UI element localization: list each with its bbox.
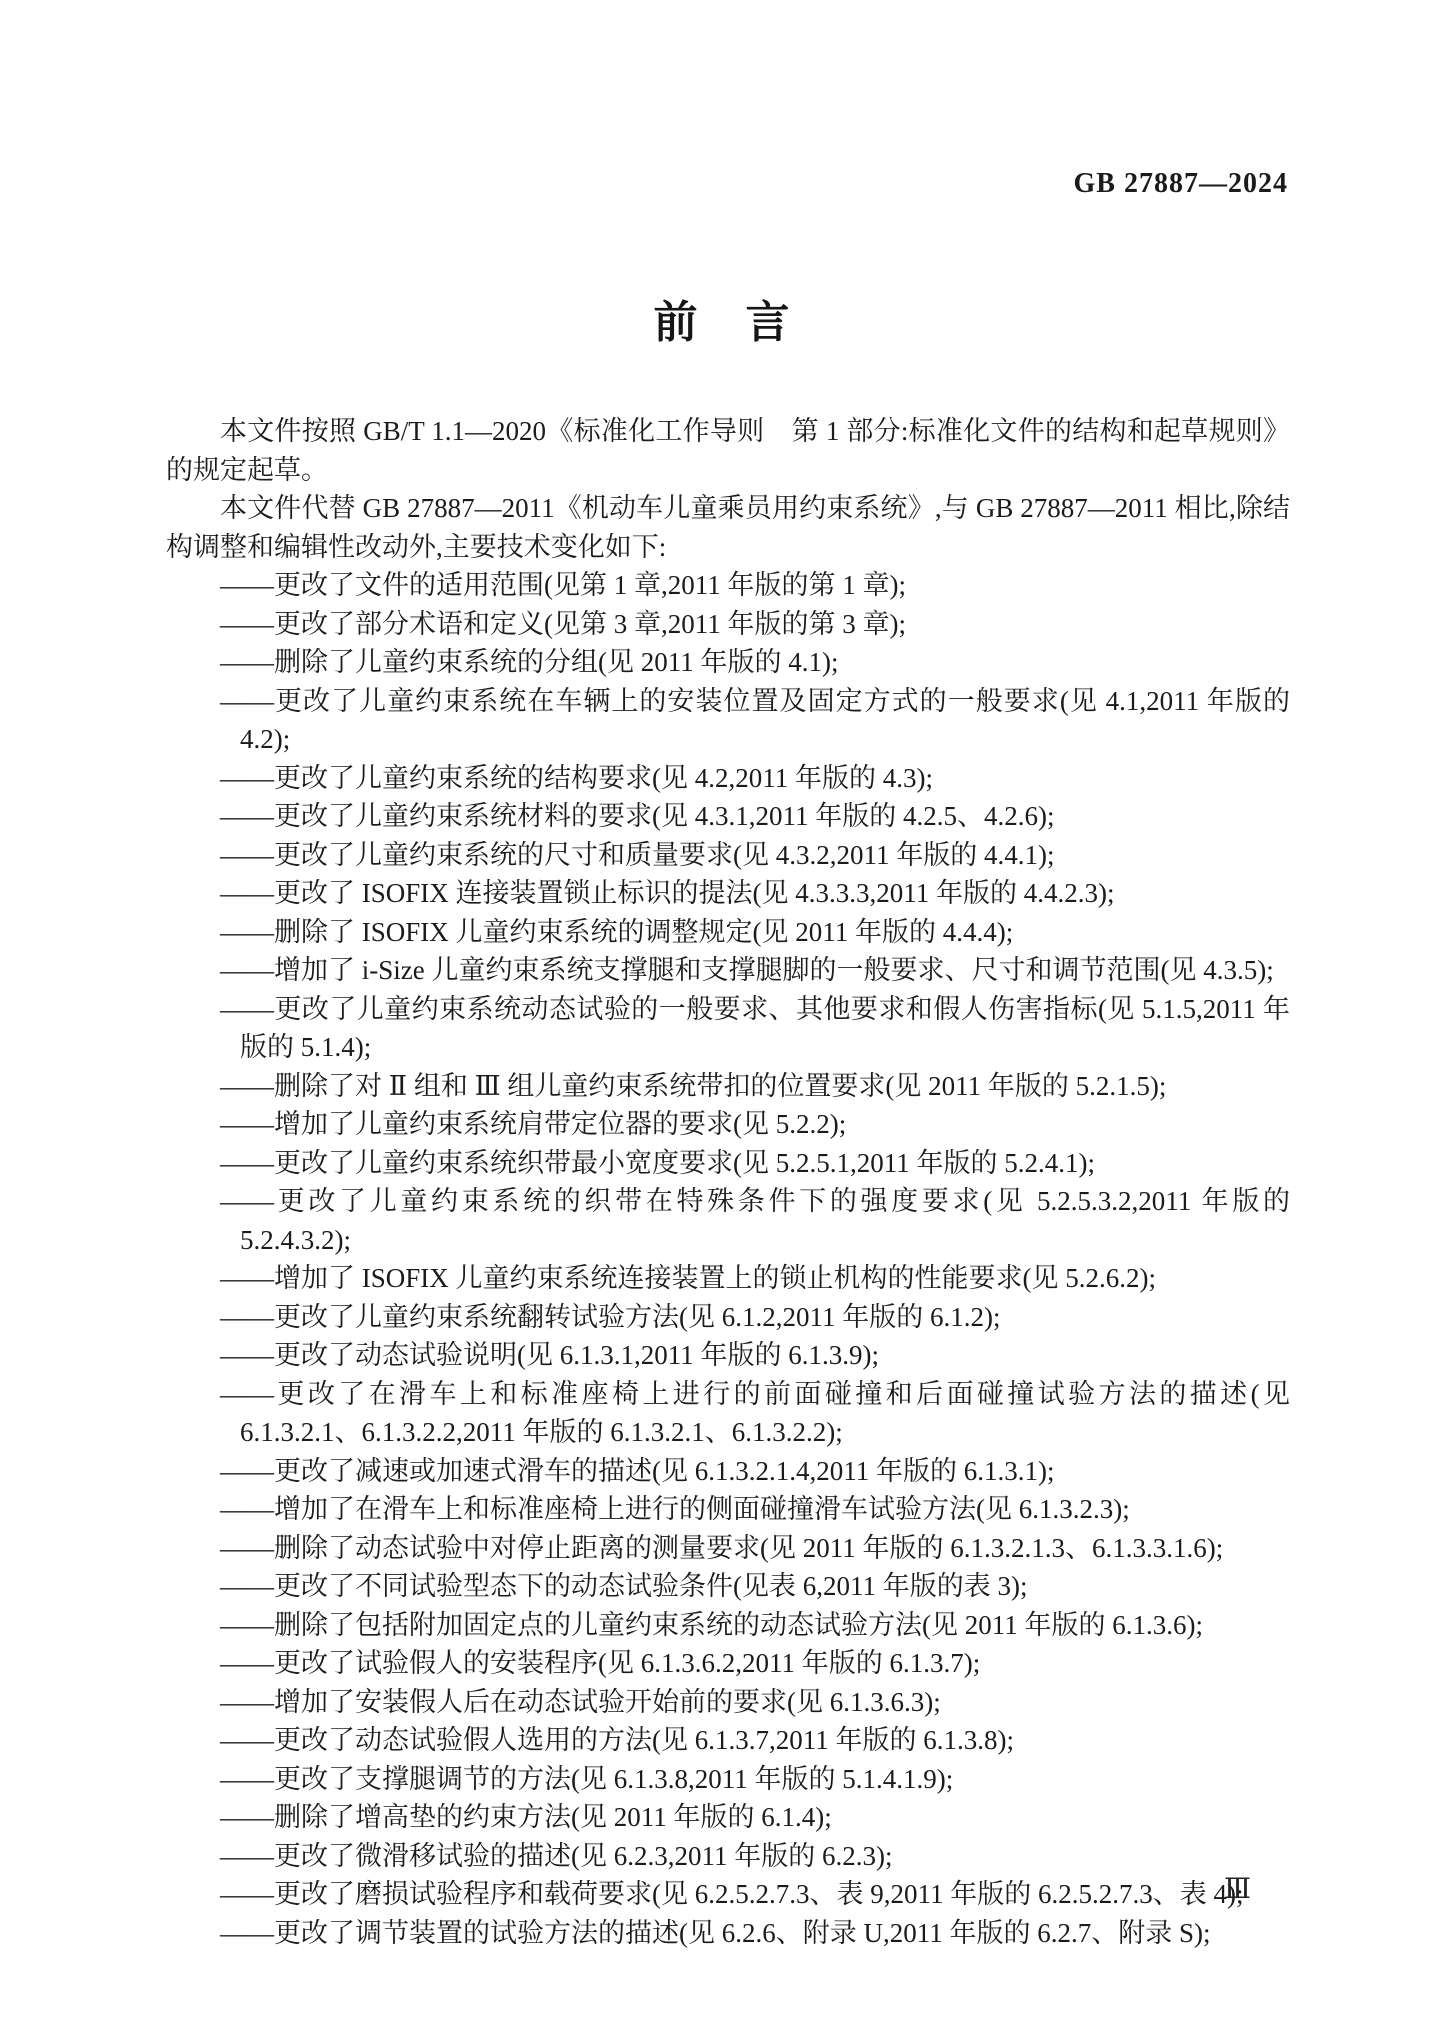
page-number: Ⅲ (1224, 1872, 1251, 1906)
change-item: ——更改了动态试验说明(见 6.1.3.1,2011 年版的 6.1.3.9); (166, 1336, 1290, 1375)
change-item: ——更改了文件的适用范围(见第 1 章,2011 年版的第 1 章); (166, 566, 1290, 605)
change-item: ——更改了儿童约束系统动态试验的一般要求、其他要求和假人伤害指标(见 5.1.5… (166, 990, 1290, 1067)
change-item: ——增加了安装假人后在动态试验开始前的要求(见 6.1.3.6.3); (166, 1683, 1290, 1722)
change-item: ——更改了支撑腿调节的方法(见 6.1.3.8,2011 年版的 5.1.4.1… (166, 1760, 1290, 1799)
change-item: ——删除了儿童约束系统的分组(见 2011 年版的 4.1); (166, 643, 1290, 682)
change-item: ——更改了微滑移试验的描述(见 6.2.3,2011 年版的 6.2.3); (166, 1837, 1290, 1876)
change-item: ——更改了试验假人的安装程序(见 6.1.3.6.2,2011 年版的 6.1.… (166, 1644, 1290, 1683)
change-item: ——更改了部分术语和定义(见第 3 章,2011 年版的第 3 章); (166, 605, 1290, 644)
standard-number: GB 27887—2024 (1074, 168, 1288, 200)
change-item: ——删除了 ISOFIX 儿童约束系统的调整规定(见 2011 年版的 4.4.… (166, 913, 1290, 952)
change-item: ——更改了减速或加速式滑车的描述(见 6.1.3.2.1.4,2011 年版的 … (166, 1452, 1290, 1491)
intro-paragraph-1: 本文件按照 GB/T 1.1—2020《标准化工作导则 第 1 部分:标准化文件… (166, 412, 1290, 489)
change-item: ——删除了包括附加固定点的儿童约束系统的动态试验方法(见 2011 年版的 6.… (166, 1606, 1290, 1645)
change-item: ——更改了儿童约束系统的结构要求(见 4.2,2011 年版的 4.3); (166, 759, 1290, 798)
change-item: ——更改了 ISOFIX 连接装置锁止标识的提法(见 4.3.3.3,2011 … (166, 874, 1290, 913)
change-item: ——更改了调节装置的试验方法的描述(见 6.2.6、附录 U,2011 年版的 … (166, 1914, 1290, 1953)
change-item: ——增加了在滑车上和标准座椅上进行的侧面碰撞滑车试验方法(见 6.1.3.2.3… (166, 1490, 1290, 1529)
change-item: ——增加了儿童约束系统肩带定位器的要求(见 5.2.2); (166, 1105, 1290, 1144)
change-item: ——更改了动态试验假人选用的方法(见 6.1.3.7,2011 年版的 6.1.… (166, 1721, 1290, 1760)
change-item: ——更改了磨损试验程序和载荷要求(见 6.2.5.2.7.3、表 9,2011 … (166, 1875, 1290, 1914)
changes-list: ——更改了文件的适用范围(见第 1 章,2011 年版的第 1 章);——更改了… (166, 566, 1290, 1952)
change-item: ——删除了增高垫的约束方法(见 2011 年版的 6.1.4); (166, 1798, 1290, 1837)
intro-paragraph-2: 本文件代替 GB 27887—2011《机动车儿童乘员用约束系统》,与 GB 2… (166, 489, 1290, 566)
change-item: ——更改了不同试验型态下的动态试验条件(见表 6,2011 年版的表 3); (166, 1567, 1290, 1606)
change-item: ——更改了儿童约束系统材料的要求(见 4.3.1,2011 年版的 4.2.5、… (166, 797, 1290, 836)
change-item: ——更改了在滑车上和标准座椅上进行的前面碰撞和后面碰撞试验方法的描述(见 6.1… (166, 1375, 1290, 1452)
change-item: ——删除了动态试验中对停止距离的测量要求(见 2011 年版的 6.1.3.2.… (166, 1529, 1290, 1568)
change-item: ——更改了儿童约束系统在车辆上的安装位置及固定方式的一般要求(见 4.1,201… (166, 682, 1290, 759)
change-item: ——删除了对 Ⅱ 组和 Ⅲ 组儿童约束系统带扣的位置要求(见 2011 年版的 … (166, 1067, 1290, 1106)
change-item: ——更改了儿童约束系统织带最小宽度要求(见 5.2.5.1,2011 年版的 5… (166, 1144, 1290, 1183)
page-title: 前 言 (0, 286, 1445, 350)
document-page: GB 27887—2024 前 言 本文件按照 GB/T 1.1—2020《标准… (0, 0, 1445, 2043)
change-item: ——更改了儿童约束系统的织带在特殊条件下的强度要求(见 5.2.5.3.2,20… (166, 1182, 1290, 1259)
change-item: ——增加了 i-Size 儿童约束系统支撑腿和支撑腿脚的一般要求、尺寸和调节范围… (166, 951, 1290, 990)
foreword-body: 本文件按照 GB/T 1.1—2020《标准化工作导则 第 1 部分:标准化文件… (166, 412, 1290, 1952)
change-item: ——更改了儿童约束系统的尺寸和质量要求(见 4.3.2,2011 年版的 4.4… (166, 836, 1290, 875)
change-item: ——更改了儿童约束系统翻转试验方法(见 6.1.2,2011 年版的 6.1.2… (166, 1298, 1290, 1337)
change-item: ——增加了 ISOFIX 儿童约束系统连接装置上的锁止机构的性能要求(见 5.2… (166, 1259, 1290, 1298)
